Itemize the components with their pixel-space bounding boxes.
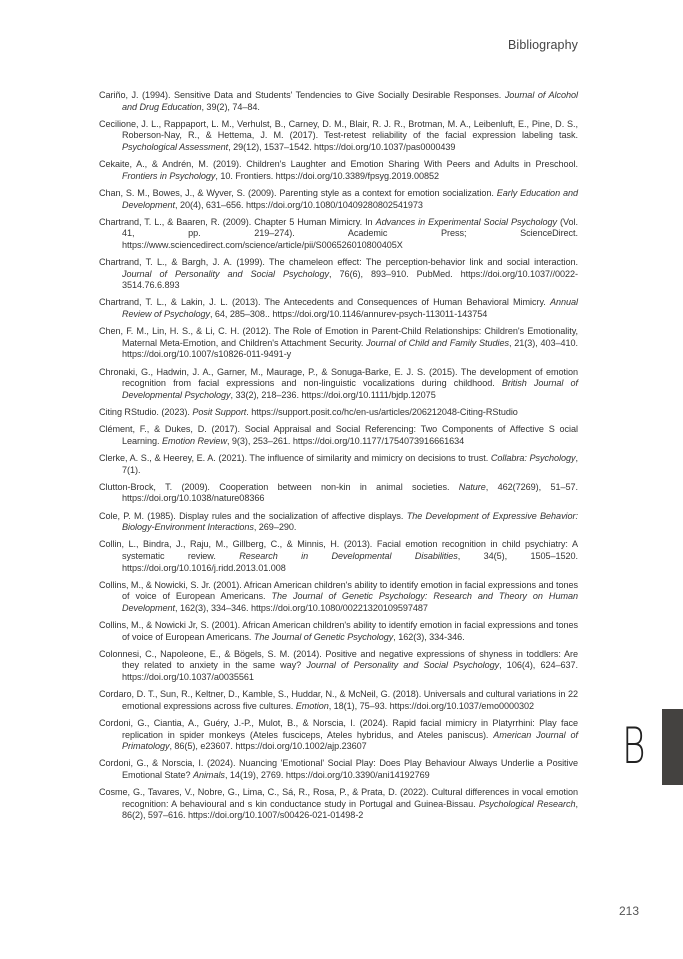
- reference-entry: Citing RStudio. (2023). Posit Support. h…: [99, 407, 578, 419]
- reference-entry: Colonnesi, C., Napoleone, E., & Bögels, …: [99, 649, 578, 684]
- reference-entry: Cecilione, J. L., Rappaport, L. M., Verh…: [99, 119, 578, 154]
- reference-entry: Collins, M., & Nowicki, S. Jr. (2001). A…: [99, 580, 578, 615]
- reference-entry: Cekaite, A., & Andrén, M. (2019). Childr…: [99, 159, 578, 182]
- reference-entry: Chartrand, T. L., & Baaren, R. (2009). C…: [99, 217, 578, 252]
- reference-entry: Clerke, A. S., & Heerey, E. A. (2021). T…: [99, 453, 578, 476]
- reference-entry: Chartrand, T. L., & Lakin, J. L. (2013).…: [99, 297, 578, 320]
- reference-entry: Cole, P. M. (1985). Display rules and th…: [99, 511, 578, 534]
- reference-list: Cariño, J. (1994). Sensitive Data and St…: [99, 90, 578, 828]
- reference-entry: Clément, F., & Dukes, D. (2017). Social …: [99, 424, 578, 447]
- reference-entry: Clutton-Brock, T. (2009). Cooperation be…: [99, 482, 578, 505]
- reference-entry: Cordaro, D. T., Sun, R., Keltner, D., Ka…: [99, 689, 578, 712]
- reference-entry: Collin, L., Bindra, J., Raju, M., Gillbe…: [99, 539, 578, 574]
- section-letter: B: [622, 716, 646, 776]
- running-head: Bibliography: [508, 38, 578, 52]
- reference-entry: Chronaki, G., Hadwin, J. A., Garner, M.,…: [99, 367, 578, 402]
- reference-entry: Cordoni, G., & Norscia, I. (2024). Nuanc…: [99, 758, 578, 781]
- reference-entry: Chartrand, T. L., & Bargh, J. A. (1999).…: [99, 257, 578, 292]
- reference-entry: Collins, M., & Nowicki Jr, S. (2001). Af…: [99, 620, 578, 643]
- reference-entry: Cariño, J. (1994). Sensitive Data and St…: [99, 90, 578, 113]
- section-thumb-tab: [662, 709, 683, 785]
- reference-entry: Chen, F. M., Lin, H. S., & Li, C. H. (20…: [99, 326, 578, 361]
- page-number: 213: [619, 904, 639, 918]
- reference-entry: Cordoni, G., Ciantia, A., Guéry, J.-P., …: [99, 718, 578, 753]
- reference-entry: Cosme, G., Tavares, V., Nobre, G., Lima,…: [99, 787, 578, 822]
- reference-entry: Chan, S. M., Bowes, J., & Wyver, S. (200…: [99, 188, 578, 211]
